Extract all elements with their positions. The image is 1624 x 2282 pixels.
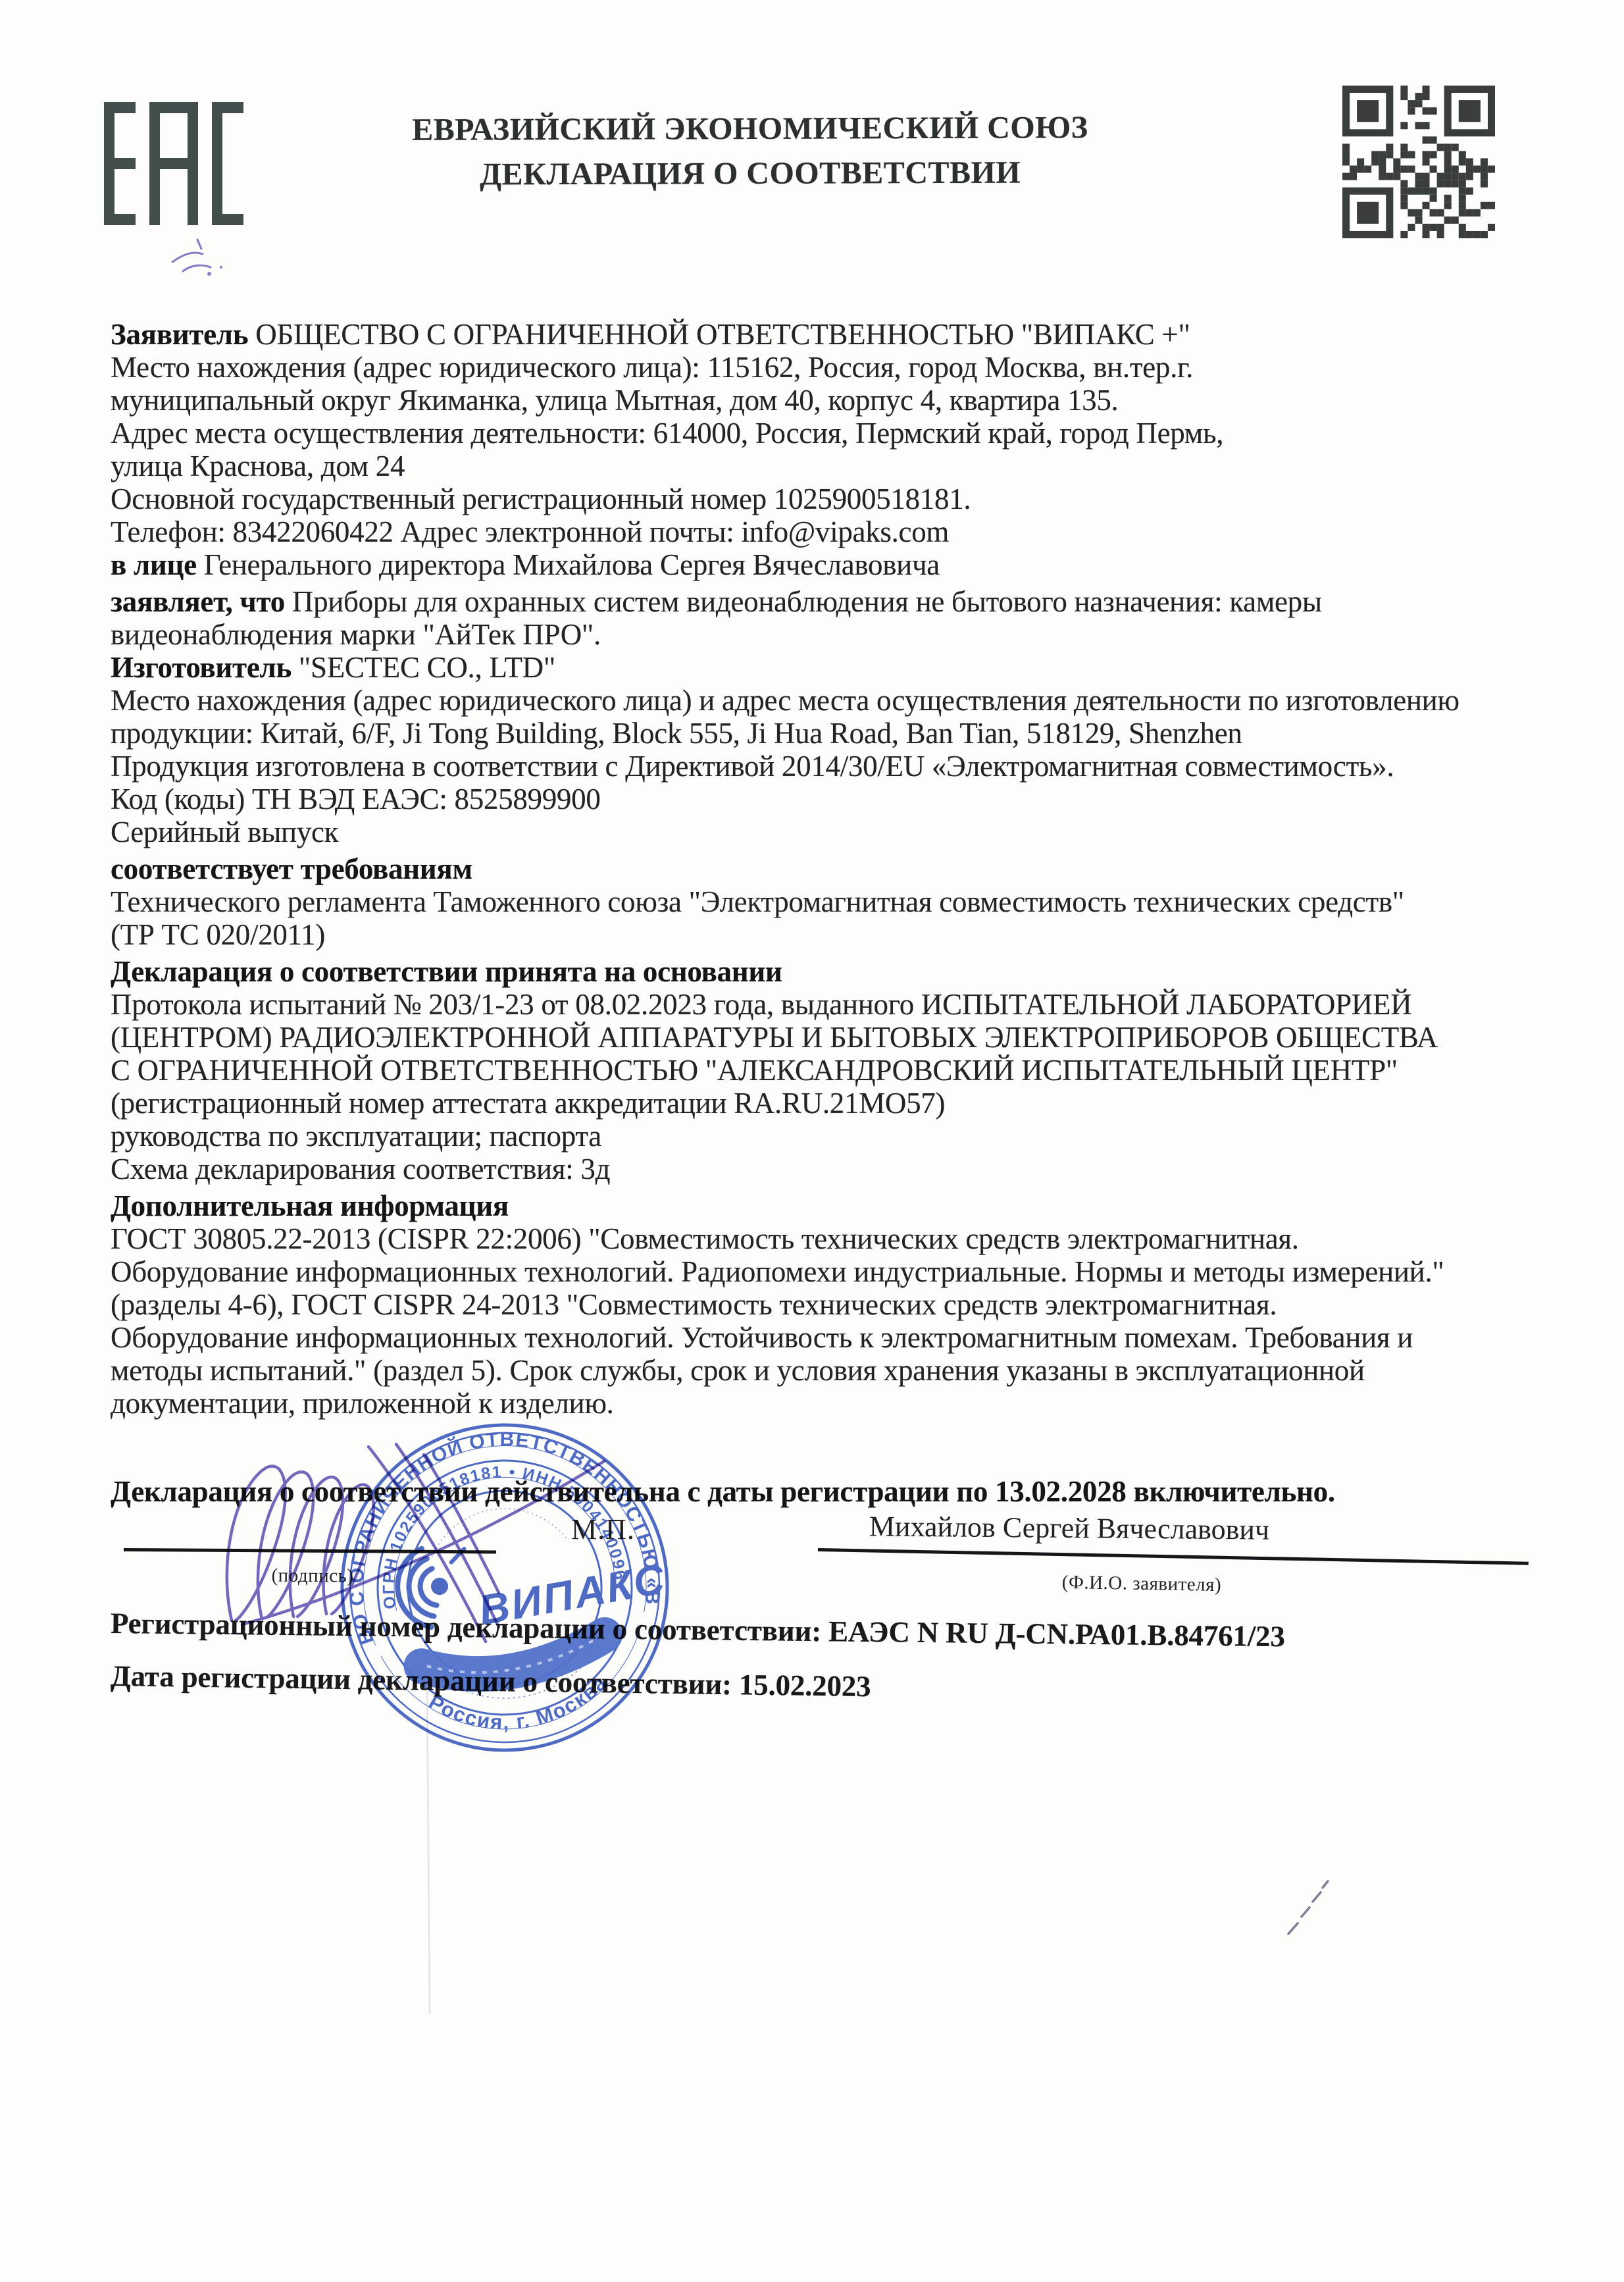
doc-line: Оборудование информационных технологий. … <box>111 1255 1444 1289</box>
doc-line: методы испытаний." (раздел 5). Срок служ… <box>111 1353 1365 1387</box>
doc-line: продукции: Китай, 6/F, Ji Tong Building,… <box>111 716 1242 750</box>
registration-number-line: Регистрационный номер декларации о соотв… <box>111 1606 1285 1653</box>
doc-line: Схема декларирования соответствия: 3д <box>111 1152 610 1186</box>
doc-line: С ОГРАНИЧЕННОЙ ОТВЕТСТВЕННОСТЬЮ "АЛЕКСАН… <box>111 1053 1398 1087</box>
applicant-fio-line <box>818 1548 1529 1565</box>
doc-line: (ТР ТС 020/2011) <box>111 918 325 952</box>
company-stamp: ОБЩЕСТВО С ОГРАНИЧЕННОЙ ОТВЕТСТВЕННОСТЬЮ… <box>332 1415 677 1760</box>
doc-line: Изготовитель "SECTEC CO., LTD" <box>111 650 555 685</box>
page-title: ЕВРАЗИЙСКИЙ ЭКОНОМИЧЕСКИЙ СОЮЗ ДЕКЛАРАЦИ… <box>329 105 1171 197</box>
title-line-2: ДЕКЛАРАЦИЯ О СООТВЕТСТВИИ <box>329 150 1171 197</box>
title-line-1: ЕВРАЗИЙСКИЙ ЭКОНОМИЧЕСКИЙ СОЮЗ <box>329 105 1171 153</box>
doc-line: видеонаблюдения марки "АйТек ПРО". <box>111 617 601 652</box>
doc-line: (ЦЕНТРОМ) РАДИОЭЛЕКТРОННОЙ АППАРАТУРЫ И … <box>111 1020 1438 1054</box>
doc-line: Основной государственный регистрационный… <box>111 482 971 516</box>
eac-logo <box>104 102 243 225</box>
doc-line: документации, приложенной к изделию. <box>111 1386 614 1420</box>
doc-line: Телефон: 83422060422 Адрес электронной п… <box>111 515 949 549</box>
doc-line: (разделы 4-6), ГОСТ CISPR 24-2013 "Совме… <box>111 1287 1277 1322</box>
doc-line: Продукция изготовлена в соответствии с Д… <box>111 749 1394 783</box>
doc-line: улица Краснова, дом 24 <box>111 449 405 483</box>
doc-line: Дополнительная информация <box>111 1189 509 1223</box>
paper-crease <box>427 1685 430 2014</box>
doc-line: Протокола испытаний № 203/1-23 от 08.02.… <box>111 987 1411 1022</box>
doc-line: Оборудование информационных технологий. … <box>111 1320 1413 1355</box>
doc-line: Декларация о соответствии принята на осн… <box>111 954 782 989</box>
mp-label: М.П. <box>571 1513 635 1546</box>
doc-line: Место нахождения (адрес юридического лиц… <box>111 683 1459 717</box>
doc-line: в лице Генерального директора Михайлова … <box>111 548 940 582</box>
ink-scribble <box>172 240 222 276</box>
doc-line: (регистрационный номер аттестата аккреди… <box>111 1086 945 1120</box>
doc-line: Серийный выпуск <box>111 815 338 849</box>
doc-line: руководства по эксплуатации; паспорта <box>111 1119 601 1153</box>
pen-mark <box>1288 1881 1328 1934</box>
doc-line: Место нахождения (адрес юридического лиц… <box>111 350 1193 384</box>
applicant-name: Михайлов Сергей Вячеславович <box>869 1509 1270 1546</box>
podpis-label: (подпись) <box>250 1565 375 1587</box>
declaration-document: ЕВРАЗИЙСКИЙ ЭКОНОМИЧЕСКИЙ СОЮЗ ДЕКЛАРАЦИ… <box>0 0 1624 2282</box>
doc-line: заявляет, что Приборы для охранных систе… <box>111 584 1322 619</box>
signature-line <box>124 1548 496 1553</box>
fio-label: (Ф.И.О. заявителя) <box>1013 1571 1271 1597</box>
doc-line: Декларация о соответствии действительна … <box>111 1474 1335 1509</box>
doc-line: соответствует требованиям <box>111 852 472 886</box>
registration-date-line: Дата регистрации декларации о соответств… <box>111 1659 871 1703</box>
doc-line: ГОСТ 30805.22-2013 (CISPR 22:2006) "Совм… <box>111 1222 1299 1256</box>
doc-line: Технического регламента Таможенного союз… <box>111 885 1404 919</box>
doc-line: Код (коды) ТН ВЭД ЕАЭС: 8525899900 <box>111 782 601 816</box>
qr-code-icon <box>1342 86 1495 238</box>
doc-line: муниципальный округ Якиманка, улица Мытн… <box>111 383 1119 417</box>
doc-line: Заявитель ОБЩЕСТВО С ОГРАНИЧЕННОЙ ОТВЕТС… <box>111 317 1190 351</box>
doc-line: Адрес места осуществления деятельности: … <box>111 416 1223 450</box>
